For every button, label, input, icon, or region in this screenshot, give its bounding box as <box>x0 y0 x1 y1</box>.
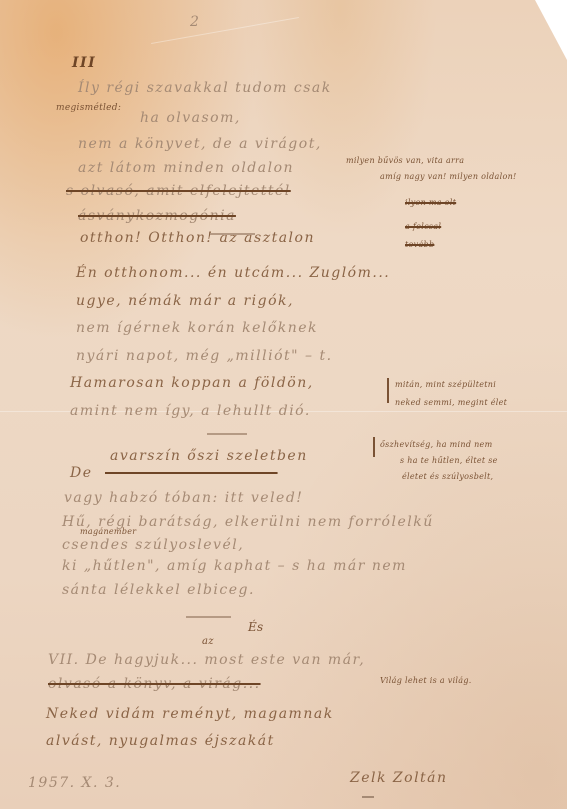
stanza4-line2: olvasó a könyv, a virág... <box>48 676 261 692</box>
stanza4-line1: VII. De hagyjuk... most este van már, <box>48 652 365 668</box>
stanza4-line3: Neked vidám reményt, magamnak <box>46 706 334 722</box>
stanza3-margin-note-1: őszhevítség, ha mind nem <box>380 440 492 449</box>
stanza3-line6: ki „hűtlen", amíg kaphat – s ha már nem <box>62 558 407 574</box>
stanza-divider-1 <box>210 233 255 235</box>
stanza2-margin-note-1: mitán, mint szépültetni <box>395 380 496 389</box>
stanza2-margin-note-2: neked semmi, megint élet <box>395 398 507 407</box>
signature: Zelk Zoltán <box>350 770 448 786</box>
stanza2-line2: ugye, némák már a rigók, <box>76 293 294 309</box>
stanza2-line6: amint nem így, a lehullt dió. <box>70 403 311 419</box>
stanza1-line6: ásványkozmogónia <box>78 208 236 224</box>
stanza3-struck-text <box>105 465 278 481</box>
stanza1-margin-note-1: milyen bűvös van, vita arra <box>346 156 464 165</box>
stanza3-line7: sánta lélekkel elbiceg. <box>62 582 255 598</box>
signature-underline <box>362 796 374 798</box>
stanza1-line2: ha olvasom, <box>140 110 241 126</box>
stanza1-margin-note-2: amíg nagy van! milyen oldalon! <box>380 172 517 181</box>
stanza1-margin-note-4: a felcsal <box>405 222 441 231</box>
stanza4-line4: alvást, nyugalmas éjszakát <box>46 733 275 749</box>
stanza-divider-3 <box>186 616 231 618</box>
stanza1-margin-note-3: ilyen ma olt <box>405 198 456 207</box>
stanza3-line3: vagy habzó tóban: itt veled! <box>64 490 303 506</box>
stanza2-line4: nyári napot, még „milliót" – t. <box>76 348 333 364</box>
stanza3-line1: avarszín őszi szeletben <box>110 448 308 464</box>
margin-bar-2 <box>373 437 375 457</box>
stanza1-line4: azt látom minden oldalon <box>78 160 294 176</box>
stanza1-line7: otthon! Otthon! az asztalon <box>80 230 315 246</box>
stanza1-insertion: megismétled: <box>56 103 121 113</box>
stanza2-line5: Hamarosan koppan a földön, <box>70 375 314 391</box>
stanza3-margin-note-2: s ha te hűtlen, éltet se <box>400 456 498 465</box>
stanza1-margin-note-5: tovább <box>405 240 434 249</box>
date: 1957. X. 3. <box>28 775 121 791</box>
stanza3-line5: csendes szúlyoslevél, <box>62 537 244 553</box>
stanza1-line5: s olvasó, amit elfelejtettél <box>66 183 291 199</box>
page-number: 2 <box>190 14 200 30</box>
stanza4-insertion-es: És <box>248 620 264 634</box>
manuscript-page: 2 III Íly régi szavakkal tudom csak megi… <box>0 0 567 809</box>
stanza4-insertion-az: az <box>202 636 214 647</box>
stanza1-line3: nem a könyvet, de a virágot, <box>78 136 322 152</box>
stanza3-line2: De <box>70 465 93 481</box>
paper-crease <box>151 17 299 44</box>
stanza2-line3: nem ígérnek korán kelőknek <box>76 320 318 336</box>
section-mark: III <box>72 55 96 71</box>
stanza4-margin-note-1: Világ lehet is a világ. <box>380 676 472 685</box>
stanza3-insertion: magánember <box>80 527 136 536</box>
stanza3-margin-note-3: életet és szúlyosbelt, <box>402 472 493 481</box>
stanza2-line1: Én otthonom... én utcám... Zuglóm... <box>76 265 390 281</box>
stanza1-line1: Íly régi szavakkal tudom csak <box>78 80 332 96</box>
margin-bar-1 <box>387 378 389 403</box>
stanza-divider-2 <box>207 433 247 435</box>
